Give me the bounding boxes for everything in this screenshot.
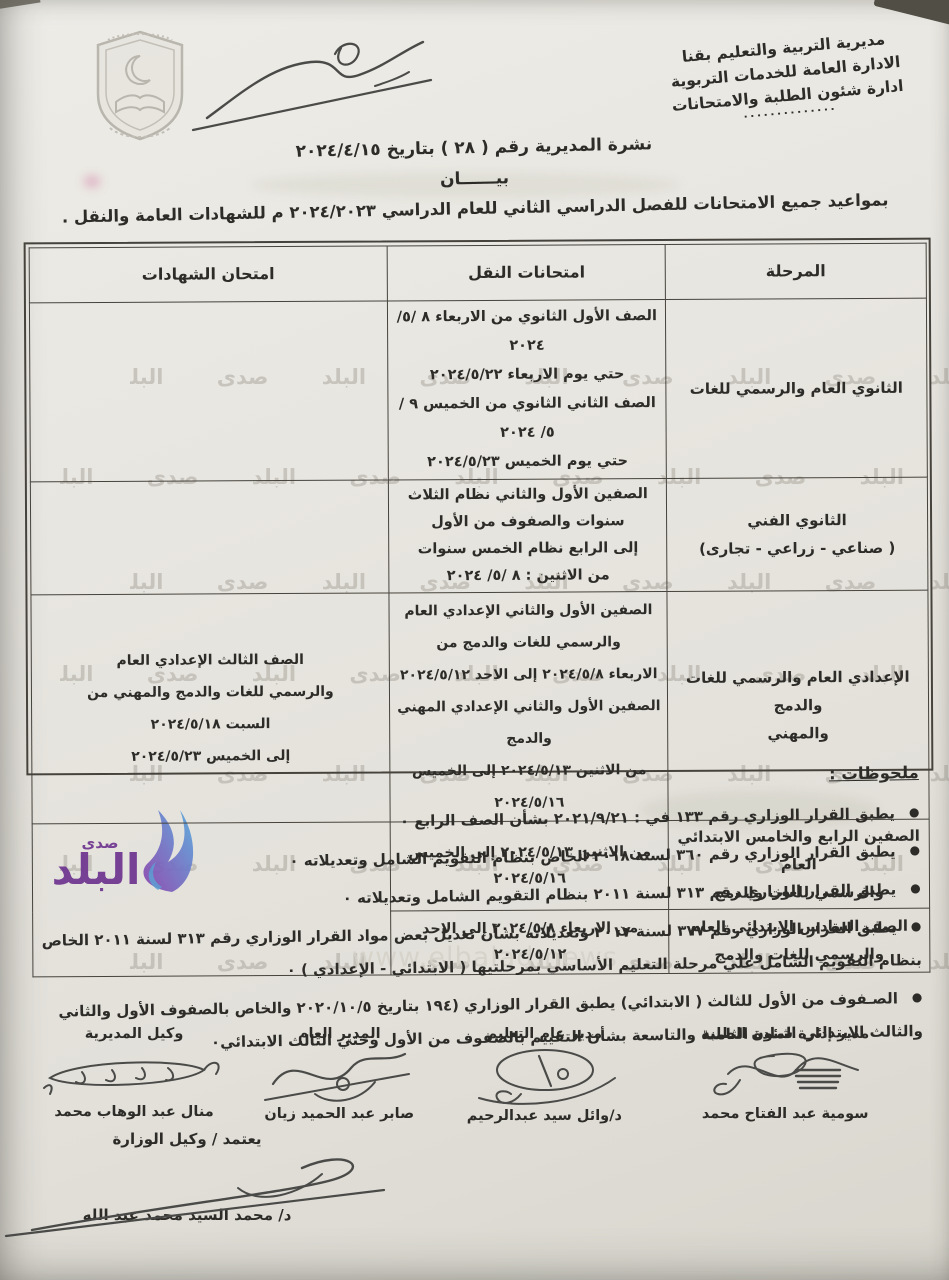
cell-line: والمهني <box>674 718 921 747</box>
note-text: يطبق القرار الوزاري رقم ٣٦٠ لسنة ٢٠١٨ ال… <box>289 842 895 870</box>
note-text: يطبق القرار الوزاري رقم ٣٧٧ لسنة ٢٠١٧ وت… <box>41 918 921 979</box>
cell-line: السبت ٢٠٢٤/٥/١٨ <box>38 707 384 741</box>
note-text: يطبق القرار الوزاري رقم ٣١٣ لسنة ٢٠١١ بن… <box>342 880 896 907</box>
cell-line: الصفين الأول والثاني نظام الثلاث سنوات و… <box>395 481 660 536</box>
signature-title: مدير إدارة شئون الطلبة <box>651 1026 919 1042</box>
scanned-document-page: صدى البلد صدى البلد صدى البلد صدى البلد … <box>0 0 949 1280</box>
cell-line: حتي يوم الاربعاء ٢٠٢٤/٥/٢٢ <box>395 360 660 390</box>
letterhead: مديرية التربية والتعليم بقنا الادارة الع… <box>628 23 944 132</box>
cell-line: الثانوي الفني <box>673 505 920 534</box>
scan-artifact-corner <box>873 0 949 26</box>
bullet-icon: ● <box>911 910 922 943</box>
signature-title: المدير العام <box>241 1026 437 1042</box>
cell-line: الصف الثالث الإعدادي العام <box>37 643 383 677</box>
cell-line: الثانوي العام والرسمي للغات <box>673 373 920 402</box>
signature-scribble <box>42 1044 227 1104</box>
notes-section: ملحوظات : ●يطبق القرار الوزاري رقم ١٣٣ ف… <box>27 763 923 1066</box>
certificate-exams-cell <box>30 479 389 594</box>
transfer-exams-cell: الصفين الأول والثاني نظام الثلاث سنوات و… <box>389 478 668 592</box>
note-text: يطبق القرار الوزاري رقم ١٣٣ في : ٢٠٢١/٩/… <box>400 804 895 830</box>
stage-cell: الثانوي العام والرسمي للغات <box>666 298 927 478</box>
signatures-row: مدير إدارة شئون الطلبة سومية عبد الفتاح … <box>27 1026 919 1124</box>
cell-line: الإعدادي العام والرسمي للغات والدمج <box>674 662 921 719</box>
signature-block-general-director: المدير العام صابر عبد الحميد زيان <box>241 1026 437 1124</box>
cell-line: الصف الأول الثانوي من الاربعاء ٨ /٥/ ٢٠٢… <box>394 302 659 361</box>
ministry-education-emblem-icon <box>86 26 194 146</box>
signature-scribble <box>259 1044 419 1106</box>
cell-line: الصف الثاني الثانوي من الخميس ٩ /٥/ ٢٠٢٤ <box>395 389 660 448</box>
signature-title: وكيل المديرية <box>27 1026 241 1042</box>
cell-line: إلى الخميس ٢٠٢٤/٥/٢٣ <box>38 739 384 773</box>
col-header-certificate-exams: امتحان الشهادات <box>29 245 388 302</box>
cell-line: ( صناعي - زراعي - تجارى) <box>674 533 921 562</box>
cell-line: إلى الرابع نظام الخمس سنوات <box>395 535 660 563</box>
certificate-exams-cell <box>29 300 389 481</box>
signature-scribble <box>700 1044 870 1106</box>
signature-name: سومية عبد الفتاح محمد <box>651 1106 919 1122</box>
signature-scribble <box>2 1146 392 1238</box>
transfer-exams-cell: الصف الأول الثانوي من الاربعاء ٨ /٥/ ٢٠٢… <box>388 299 667 479</box>
cell-line: الصفين الأول والثاني الإعدادي العام والر… <box>396 594 661 659</box>
notes-list: ●يطبق القرار الوزاري رقم ١٣٣ في : ٢٠٢١/٩… <box>27 796 923 1062</box>
cell-line: والرسمي للغات والدمج والمهني من <box>37 675 383 709</box>
note-item: ●يطبق القرار الوزاري رقم ٣٧٧ لسنة ٢٠١٧ و… <box>29 910 922 991</box>
bullet-icon: ● <box>912 981 923 1014</box>
col-header-transfer-exams: امتحانات النقل <box>387 244 665 300</box>
table-row: الثانوي الفني( صناعي - زراعي - تجارى) ال… <box>30 477 928 595</box>
signature-block-student-affairs: مدير إدارة شئون الطلبة سومية عبد الفتاح … <box>651 1026 919 1124</box>
signature-block-deputy-directorate: وكيل المديرية منال عبد الوهاب محمد <box>27 1026 241 1124</box>
signature-block-director-education: مدير عام التعليم د/وائل سيد عبدالرحيم <box>437 1026 651 1124</box>
table-row: الثانوي العام والرسمي للغات الصف الأول ا… <box>29 298 927 482</box>
signature-title: مدير عام التعليم <box>437 1026 651 1042</box>
col-header-stage: المرحلة <box>666 243 926 299</box>
cell-line: من الاثنين : ٨ /٥/ ٢٠٢٤ <box>396 562 661 590</box>
signature-name: منال عبد الوهاب محمد <box>27 1104 241 1120</box>
signature-name: صابر عبد الحميد زيان <box>241 1106 437 1122</box>
bullet-icon: ● <box>910 872 921 905</box>
signature-scribble <box>459 1044 629 1108</box>
stage-cell: الثانوي الفني( صناعي - زراعي - تجارى) <box>667 477 928 591</box>
cell-line: حتي يوم الخميس ٢٠٢٤/٥/٢٣ <box>395 447 660 477</box>
table-header-row: المرحلة امتحانات النقل امتحان الشهادات <box>29 243 926 303</box>
signature-name: د/وائل سيد عبدالرحيم <box>437 1108 651 1124</box>
scan-artifact-corner <box>0 0 40 10</box>
signature-scribble <box>185 22 440 140</box>
exam-schedule-table-frame: المرحلة امتحانات النقل امتحان الشهادات ا… <box>24 238 934 776</box>
approval-block: يعتمد / وكيل الوزارة د/ محمد السيد محمد … <box>22 1130 352 1224</box>
bullet-icon: ● <box>909 796 920 829</box>
cell-line: الاربعاء ٢٠٢٤/٥/٨ إلى الاحد ٢٠٢٤/٥/١٢ <box>396 658 661 691</box>
bullet-icon: ● <box>909 834 920 867</box>
cell-line: الصفين الأول والثاني الإعدادي المهني وال… <box>396 690 661 755</box>
